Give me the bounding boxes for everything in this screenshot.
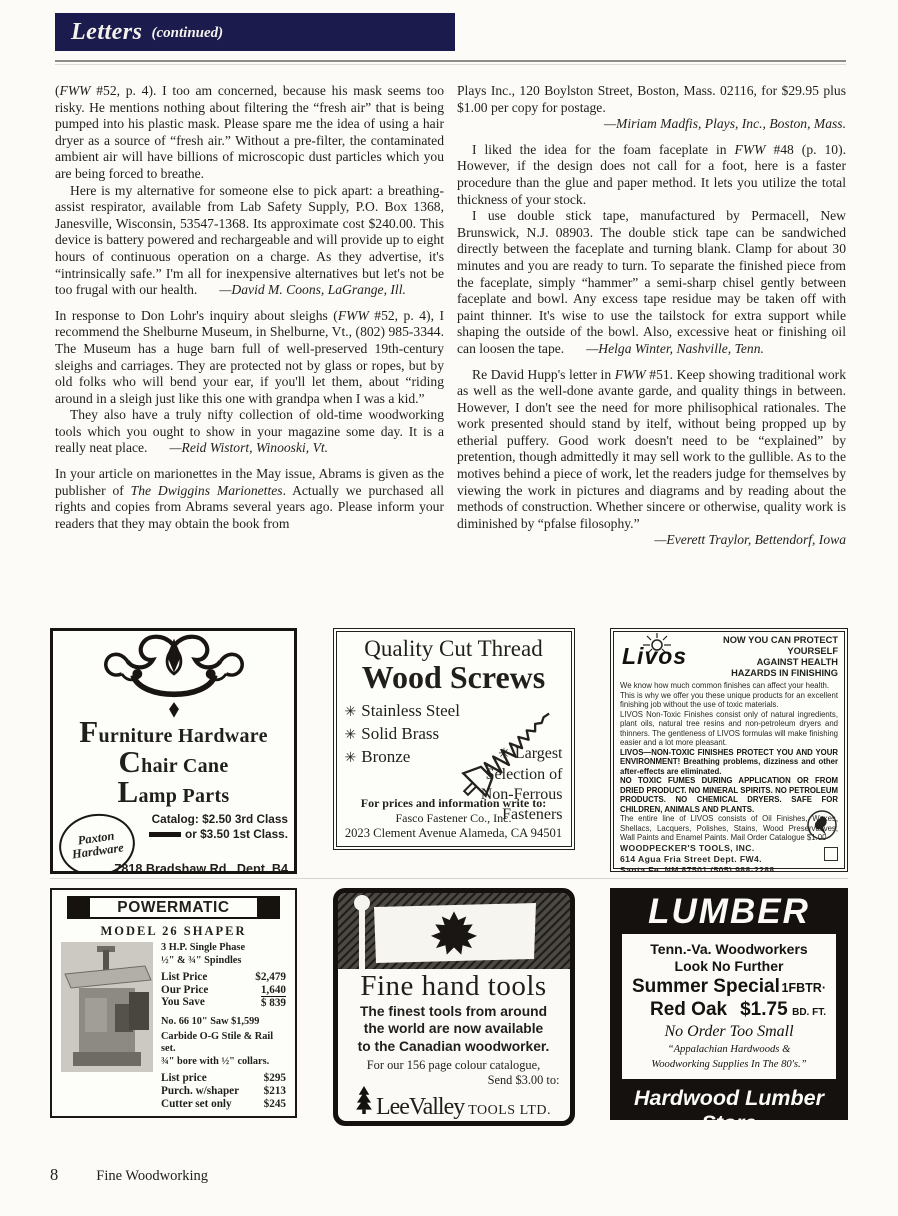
spec-line: ½" & ¾" Spindles (161, 955, 286, 968)
maple-leaf-flag-illustration (338, 893, 570, 969)
powermatic-specs: 3 H.P. Single Phase ½" & ¾" Spindles Lis… (153, 942, 286, 1110)
letter-paragraph: In response to Don Lohr's inquiry about … (55, 308, 444, 408)
asterisk-icon: ✳ (498, 747, 510, 762)
paxton-line-3: Lamp Parts (59, 779, 288, 809)
ad-paxton-hardware: Furniture Hardware Chair Cane Lamp Parts… (50, 628, 297, 874)
woodpecker-logo-icon (805, 808, 839, 842)
livos-inner-border: Livos NOW YOU CAN PROTECT YOURSELF AGAIN… (613, 631, 845, 869)
letter-paragraph: In your article on marionettes in the Ma… (55, 466, 444, 532)
leevalley-brand: LeeValley (376, 1094, 464, 1121)
livos-body: We know how much common finishes can aff… (620, 681, 838, 872)
letter-paragraph: I use double stick tape, manufactured by… (457, 208, 846, 357)
lumber-special-row: Summer Special 1FBTR· (628, 976, 830, 998)
letter-signature: —Reid Wistort, Winooski, Vt. (169, 440, 328, 455)
leevalley-brand-suffix: TOOLS LTD. (468, 1103, 551, 1119)
letter-paragraph: I liked the idea for the foam faceplate … (457, 142, 846, 208)
leevalley-subline: The finest tools from around (338, 1004, 570, 1020)
powermatic-columns: 3 H.P. Single Phase ½" & ¾" Spindles Lis… (61, 942, 286, 1110)
lumber-quote: Woodworking Supplies In The 80's.” (628, 1058, 830, 1071)
price-row: Our Price1,640 (161, 984, 286, 997)
price-row: List Price$2,479 (161, 971, 286, 984)
header-rule (55, 60, 846, 65)
letter-paragraph: Here is my alternative for someone else … (55, 183, 444, 299)
price-row: List price$295 (161, 1072, 286, 1085)
livos-text-line: This is why we offer you these unique pr… (620, 691, 838, 710)
leevalley-headline: Fine hand tools (338, 970, 570, 1003)
leevalley-subline: the world are now available (338, 1021, 570, 1037)
livos-text-line: LIVOS—NON-TOXIC FINISHES PROTECT YOU AND… (620, 748, 838, 777)
letter-text: Here is my alternative for someone else … (55, 183, 444, 298)
powermatic-note: ¾" bore with ½" collars. (161, 1056, 286, 1069)
ad-hardwood-lumber-store: LUMBER Tenn.-Va. Woodworkers Look No Fur… (610, 888, 848, 1120)
special-code: 1FBTR· (782, 981, 826, 995)
lumber-quote: “Appalachian Hardwoods & (628, 1043, 830, 1056)
livos-header: Livos NOW YOU CAN PROTECT YOURSELF AGAIN… (620, 635, 838, 679)
paxton-address-1: 7818 Bradshaw Rd., Dept. B4 (59, 862, 288, 874)
price-row: You Save$ 839 (161, 996, 286, 1010)
section-continued-label: (continued) (151, 22, 223, 42)
price-row: Purch. w/shaper$213 (161, 1085, 286, 1098)
leevalley-catalogue-line: For our 156 page colour catalogue, (338, 1058, 570, 1073)
livos-address: 614 Agua Fria Street Dept. FW4. (620, 854, 806, 865)
price-row: Cutter set only$245 (161, 1098, 286, 1111)
ads-row-1: Furniture Hardware Chair Cane Lamp Parts… (50, 628, 848, 874)
page-footer: 8 Fine Woodworking (50, 1165, 208, 1185)
letters-column-2: Plays Inc., 120 Boylston Street, Boston,… (457, 83, 846, 549)
letter-paragraph: Plays Inc., 120 Boylston Street, Boston,… (457, 83, 846, 116)
leevalley-subline: to the Canadian woodworker. (338, 1039, 570, 1055)
livos-headline: NOW YOU CAN PROTECT YOURSELF AGAINST HEA… (706, 635, 838, 679)
ad-livos-finishes: Livos NOW YOU CAN PROTECT YOURSELF AGAIN… (610, 628, 848, 872)
leevalley-card: Fine hand tools The finest tools from ar… (338, 893, 570, 1121)
paxton-catalog: Catalog: $2.50 3rd Class or $3.50 1st Cl… (130, 812, 288, 842)
magazine-name: Fine Woodworking (96, 1168, 208, 1184)
letter-paragraph: Re David Hupp's letter in FWW #51. Keep … (457, 367, 846, 533)
magazine-page: Letters (continued) (FWW #52, p. 4). I t… (0, 0, 898, 1216)
section-title: Letters (71, 19, 142, 46)
letter-signature: —David M. Coons, LaGrange, Ill. (219, 282, 406, 297)
ad-fasco-fastener: Quality Cut Thread Wood Screws ✳Stainles… (333, 628, 575, 850)
logo-block-left (67, 896, 88, 919)
ads-row-2: POWERMATIC MODEL 26 SHAPER 3 H.P. S (50, 888, 848, 1126)
paxton-catalog-line-1: Catalog: $2.50 3rd Class (130, 812, 288, 827)
asterisk-icon: ✳ (345, 705, 357, 720)
ads-row-divider (50, 878, 848, 879)
fasco-footer: For prices and information write to: Fas… (337, 796, 571, 841)
livos-company: WOODPECKER'S TOOLS, INC. (620, 843, 806, 854)
lumber-line: Look No Further (628, 958, 830, 975)
lumber-price-row: Red Oak $1.75 BD. FT. (628, 999, 830, 1021)
livos-text-line: LIVOS Non-Toxic Finishes consist only of… (620, 710, 838, 748)
dealer-name: WORKBENCH TOOL CO. (61, 1115, 286, 1118)
letters-column-1: (FWW #52, p. 4). I too am concerned, bec… (55, 83, 444, 549)
letters-body: (FWW #52, p. 4). I too am concerned, bec… (55, 83, 846, 549)
powermatic-note: No. 66 10" Saw $1,599 (161, 1016, 286, 1029)
lumber-store-name: Hardwood Lumber Store (610, 1086, 848, 1120)
letter-text: I use double stick tape, manufactured by… (457, 208, 846, 356)
leevalley-brand-row: LeeValley TOOLS LTD. (338, 1086, 570, 1121)
lumber-offer-box: Tenn.-Va. Woodworkers Look No Further Su… (622, 934, 836, 1079)
letter-paragraph: (FWW #52, p. 4). I too am concerned, bec… (55, 83, 444, 183)
checkbox-icon (824, 847, 838, 861)
livos-text-line: We know how much common finishes can aff… (620, 681, 838, 691)
powermatic-brand: POWERMATIC (88, 896, 259, 919)
livos-logo: Livos (620, 635, 706, 669)
livos-city-phone: Santa Fe, NM 87501 (505) 988-2288 (620, 865, 806, 873)
lumber-no-order: No Order Too Small (628, 1023, 830, 1041)
asterisk-icon: ✳ (345, 751, 357, 766)
ad-powermatic-workbench-tool: POWERMATIC MODEL 26 SHAPER 3 H.P. S (50, 888, 297, 1118)
shaper-photo (61, 942, 153, 1072)
fasco-write-to: For prices and information write to: (337, 796, 571, 811)
special-label: Summer Special (632, 976, 780, 998)
ad-lee-valley-tools: Fine hand tools The finest tools from ar… (333, 888, 575, 1126)
drawer-pull-illustration (70, 633, 278, 719)
paxton-line-1: Furniture Hardware (59, 719, 288, 749)
letter-signature: —Everett Traylor, Bettendorf, Iowa (457, 532, 846, 549)
product-price: $1.75 BD. FT. (740, 999, 826, 1021)
powermatic-note: Carbide O-G Stile & Rail set. (161, 1031, 286, 1056)
fasco-address: 2023 Clement Avenue Alameda, CA 94501 (337, 826, 571, 841)
asterisk-icon: ✳ (345, 728, 357, 743)
fasco-company: Fasco Fastener Co., Inc. (337, 811, 571, 826)
fasco-inner-border: Quality Cut Thread Wood Screws ✳Stainles… (336, 631, 572, 847)
powermatic-model: MODEL 26 SHAPER (61, 924, 286, 939)
lumber-line: Tenn.-Va. Woodworkers (628, 941, 830, 958)
lumber-headline: LUMBER (610, 892, 848, 932)
dash-icon (149, 832, 181, 837)
letter-signature: —Miriam Madfis, Plays, Inc., Boston, Mas… (457, 116, 846, 133)
paxton-footer: Paxton Hardware Catalog: $2.50 3rd Class… (59, 812, 288, 874)
powermatic-logo: POWERMATIC (67, 896, 280, 919)
tree-icon (356, 1086, 372, 1114)
letter-signature: —Helga Winter, Nashville, Tenn. (586, 341, 764, 356)
logo-block-right (259, 896, 280, 919)
letter-paragraph: They also have a truly nifty collection … (55, 407, 444, 457)
livos-brand: Livos (622, 643, 687, 670)
paxton-line-2: Chair Cane (59, 749, 288, 779)
section-header: Letters (continued) (55, 13, 455, 51)
paxton-catalog-line-2: or $3.50 1st Class. (130, 827, 288, 842)
spec-line: 3 H.P. Single Phase (161, 942, 286, 955)
product-name: Red Oak (632, 999, 727, 1021)
page-number: 8 (50, 1165, 58, 1184)
